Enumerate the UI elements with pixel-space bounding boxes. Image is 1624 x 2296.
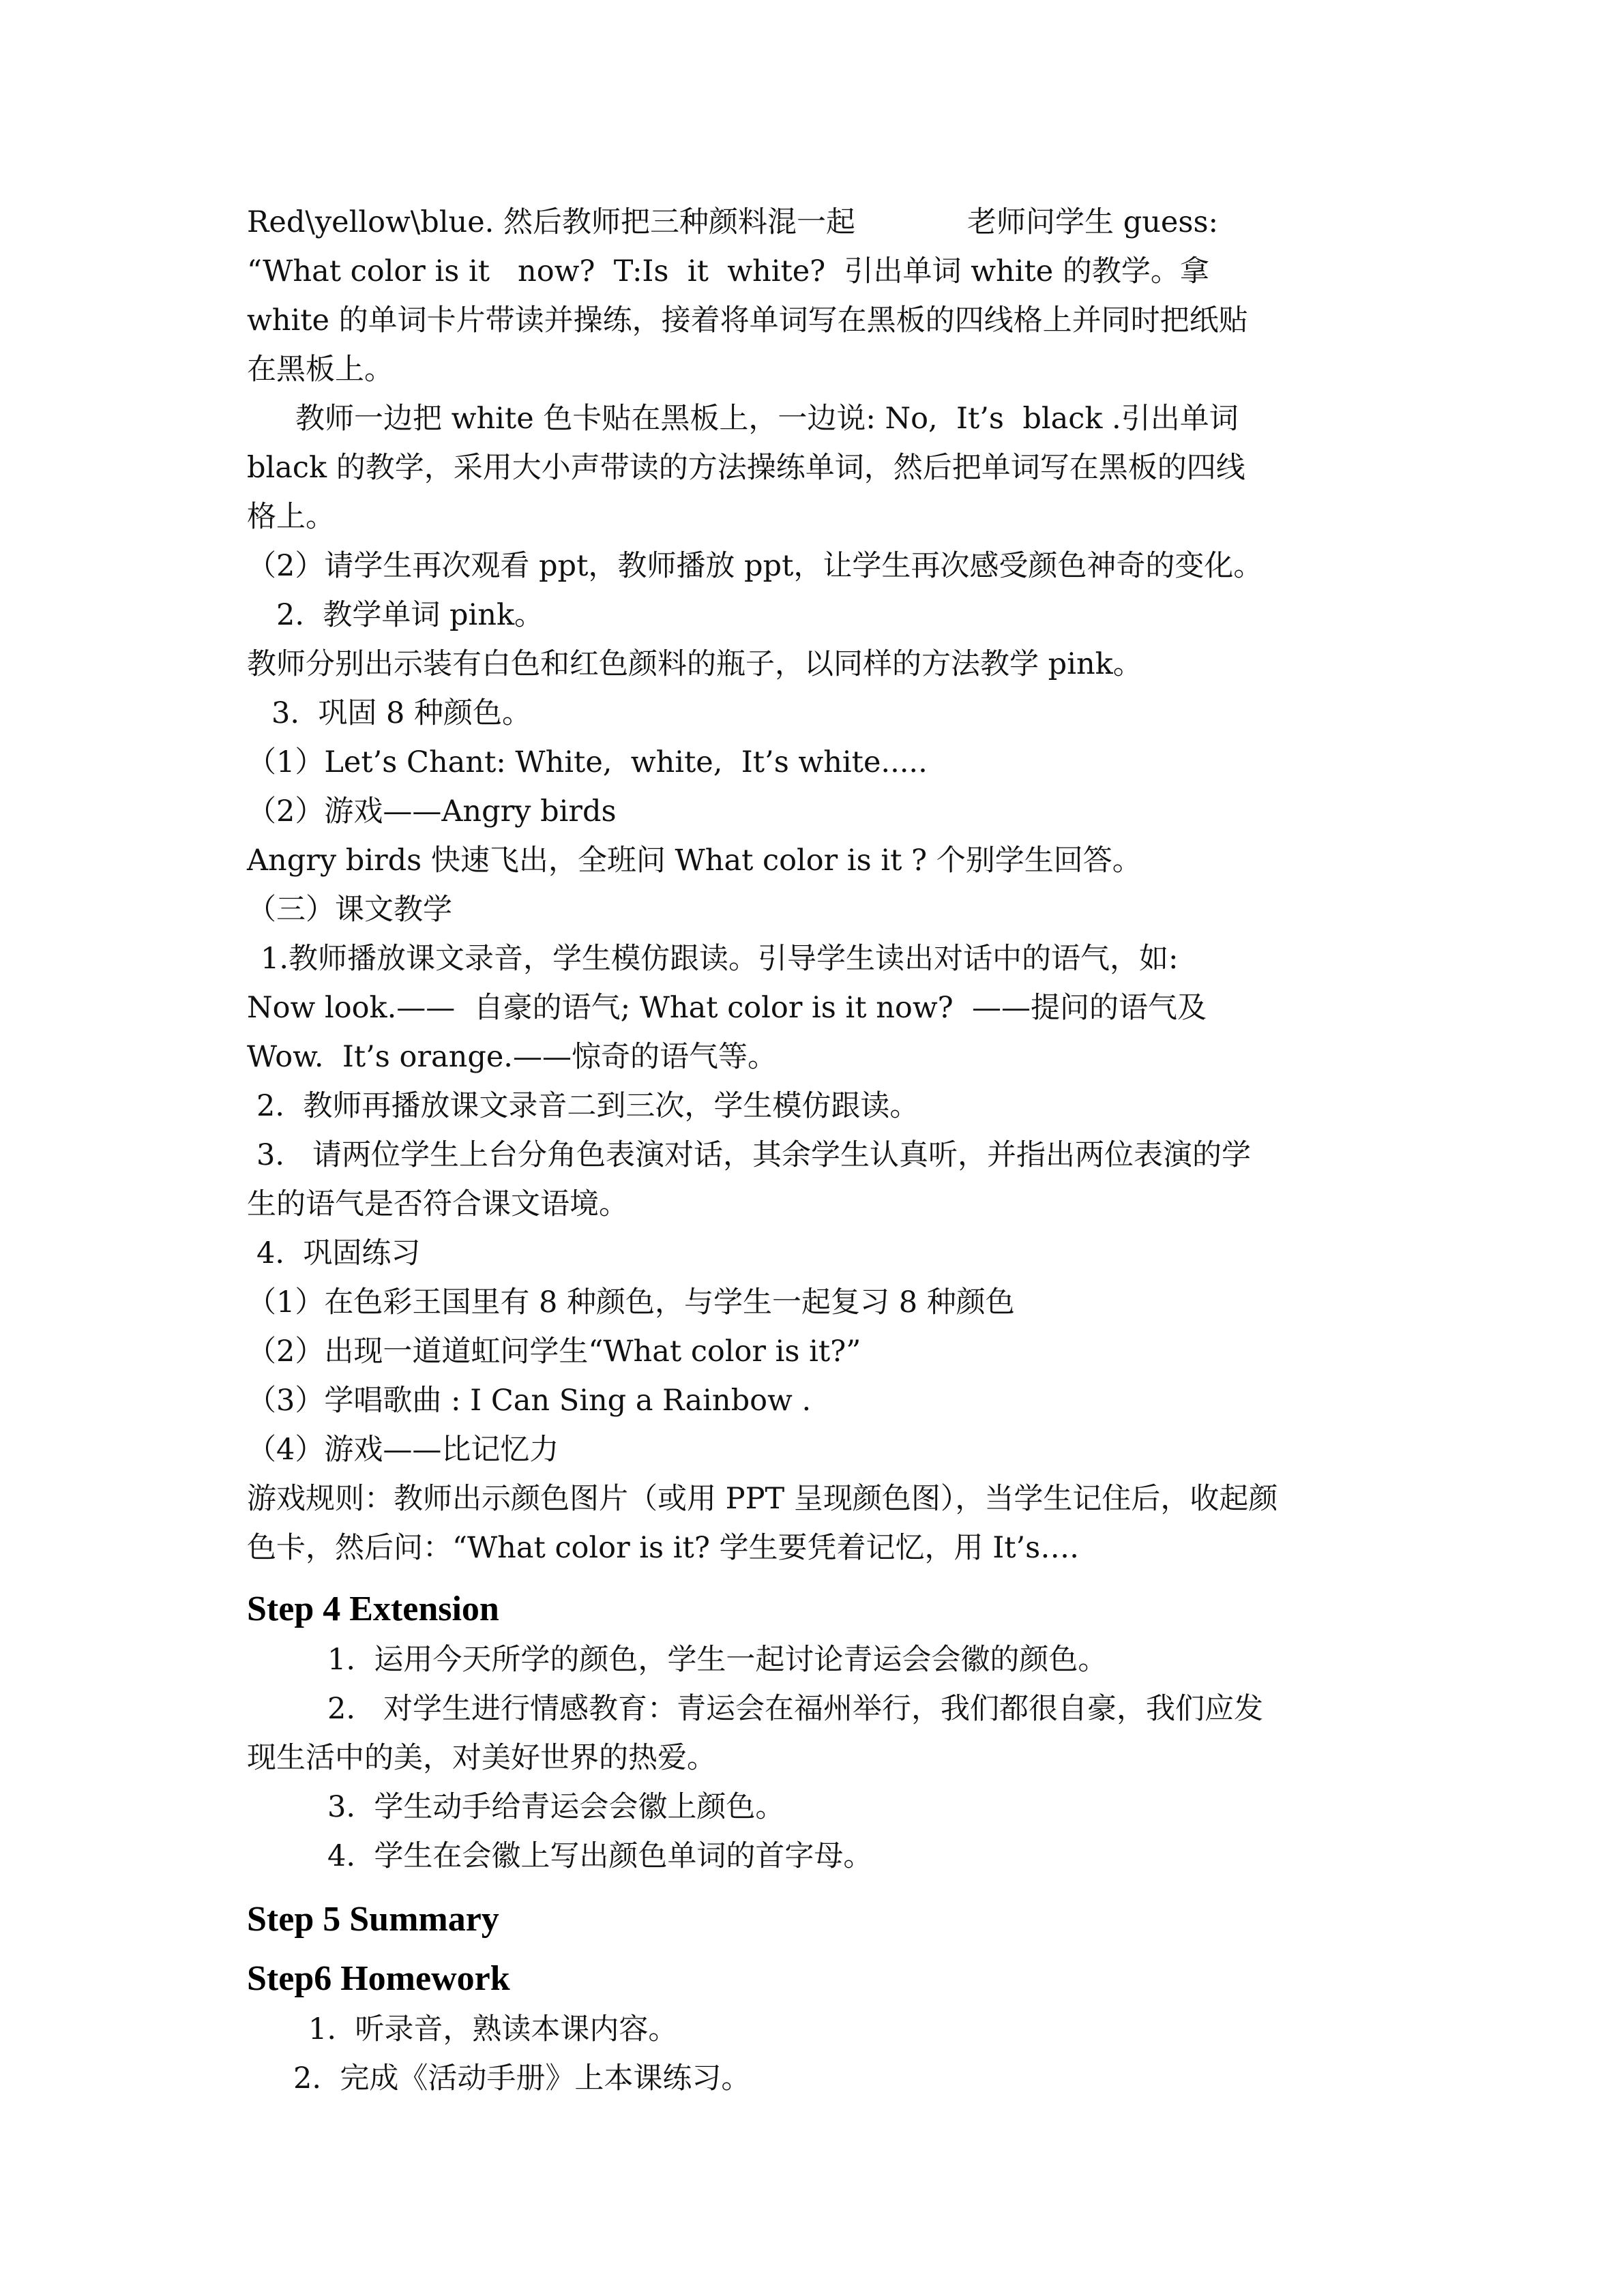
list-item: （1）Let’s Chant: White, white, It’s white…	[247, 745, 928, 780]
paragraph-line: black 的教学，采用大小声带读的方法操练单词，然后把单词写在黑板的四线	[247, 450, 1245, 486]
paragraph-line: white 的单词卡片带读并操练，接着将单词写在黑板的四线格上并同时把纸贴	[247, 303, 1248, 338]
list-item: 1.教师播放课文录音，学生模仿跟读。引导学生读出对话中的语气，如:	[261, 941, 1179, 976]
paragraph-line: Angry birds 快速飞出，全班问 What color is it ? …	[247, 843, 1142, 878]
list-item: 2. 教师再播放课文录音二到三次，学生模仿跟读。	[256, 1088, 919, 1124]
list-item: 1. 运用今天所学的颜色，学生一起讨论青运会会徽的颜色。	[327, 1642, 1107, 1678]
list-item: （2）游戏——Angry birds	[247, 794, 617, 829]
step6-heading: Step6 Homework	[247, 1958, 510, 1999]
paragraph-line: 教师分别出示装有白色和红色颜料的瓶子，以同样的方法教学 pink。	[247, 646, 1142, 682]
list-item: （3）学唱歌曲 : I Can Sing a Rainbow .	[247, 1383, 811, 1418]
section-subheading: （三）课文教学	[247, 892, 452, 927]
document-page: Red\yellow\blue. 然后教师把三种颜料混一起 老师问学生 gues…	[0, 0, 1624, 2296]
paragraph-line: “What color is it now? T:Is it white? 引出…	[247, 254, 1209, 289]
step4-heading: Step 4 Extension	[247, 1589, 499, 1630]
list-item: 3. 学生动手给青运会会徽上颜色。	[327, 1789, 784, 1825]
paragraph-line: 生的语气是否符合课文语境。	[247, 1187, 628, 1222]
list-item: 2. 教学单词 pink。	[276, 597, 544, 633]
list-item: （2）出现一道道虹问学生“What color is it?”	[247, 1334, 861, 1369]
paragraph-line: 格上。	[247, 499, 335, 535]
paragraph-line: Wow. It’s orange.——惊奇的语气等。	[247, 1039, 777, 1075]
step5-heading: Step 5 Summary	[247, 1899, 499, 1940]
paragraph-line: Now look.—— 自豪的语气; What color is it now?…	[247, 990, 1207, 1026]
paragraph-line: 游戏规则：教师出示颜色图片（或用 PPT 呈现颜色图），当学生记住后，收起颜	[247, 1481, 1278, 1517]
list-item: 2. 对学生进行情感教育：青运会在福州举行，我们都很自豪，我们应发	[327, 1691, 1263, 1727]
list-item: 3. 巩固 8 种颜色。	[271, 696, 531, 731]
list-item: 2. 完成《活动手册》上本课练习。	[293, 2061, 750, 2096]
list-item: （1）在色彩王国里有 8 种颜色，与学生一起复习 8 种颜色	[247, 1285, 1015, 1320]
list-item: 4. 学生在会徽上写出颜色单词的首字母。	[327, 1838, 872, 1874]
list-item: 1. 听录音，熟读本课内容。	[308, 2012, 677, 2047]
paragraph-line: 色卡，然后问：“What color is it? 学生要凭着记忆，用 It’s…	[247, 1530, 1079, 1566]
list-item: （2）请学生再次观看 ppt，教师播放 ppt，让学生再次感受颜色神奇的变化。	[247, 548, 1263, 584]
list-item: 4. 巩固练习	[256, 1236, 420, 1271]
paragraph-line: 现生活中的美，对美好世界的热爱。	[247, 1740, 716, 1776]
paragraph-line: 在黑板上。	[247, 352, 394, 387]
list-item: （4）游戏——比记忆力	[247, 1432, 559, 1467]
paragraph-line: Red\yellow\blue. 然后教师把三种颜料混一起 老师问学生 gues…	[247, 205, 1218, 240]
paragraph-line: 教师一边把 white 色卡贴在黑板上，一边说: No, It’s black …	[295, 401, 1239, 436]
list-item: 3. 请两位学生上台分角色表演对话，其余学生认真听，并指出两位表演的学	[256, 1137, 1251, 1173]
